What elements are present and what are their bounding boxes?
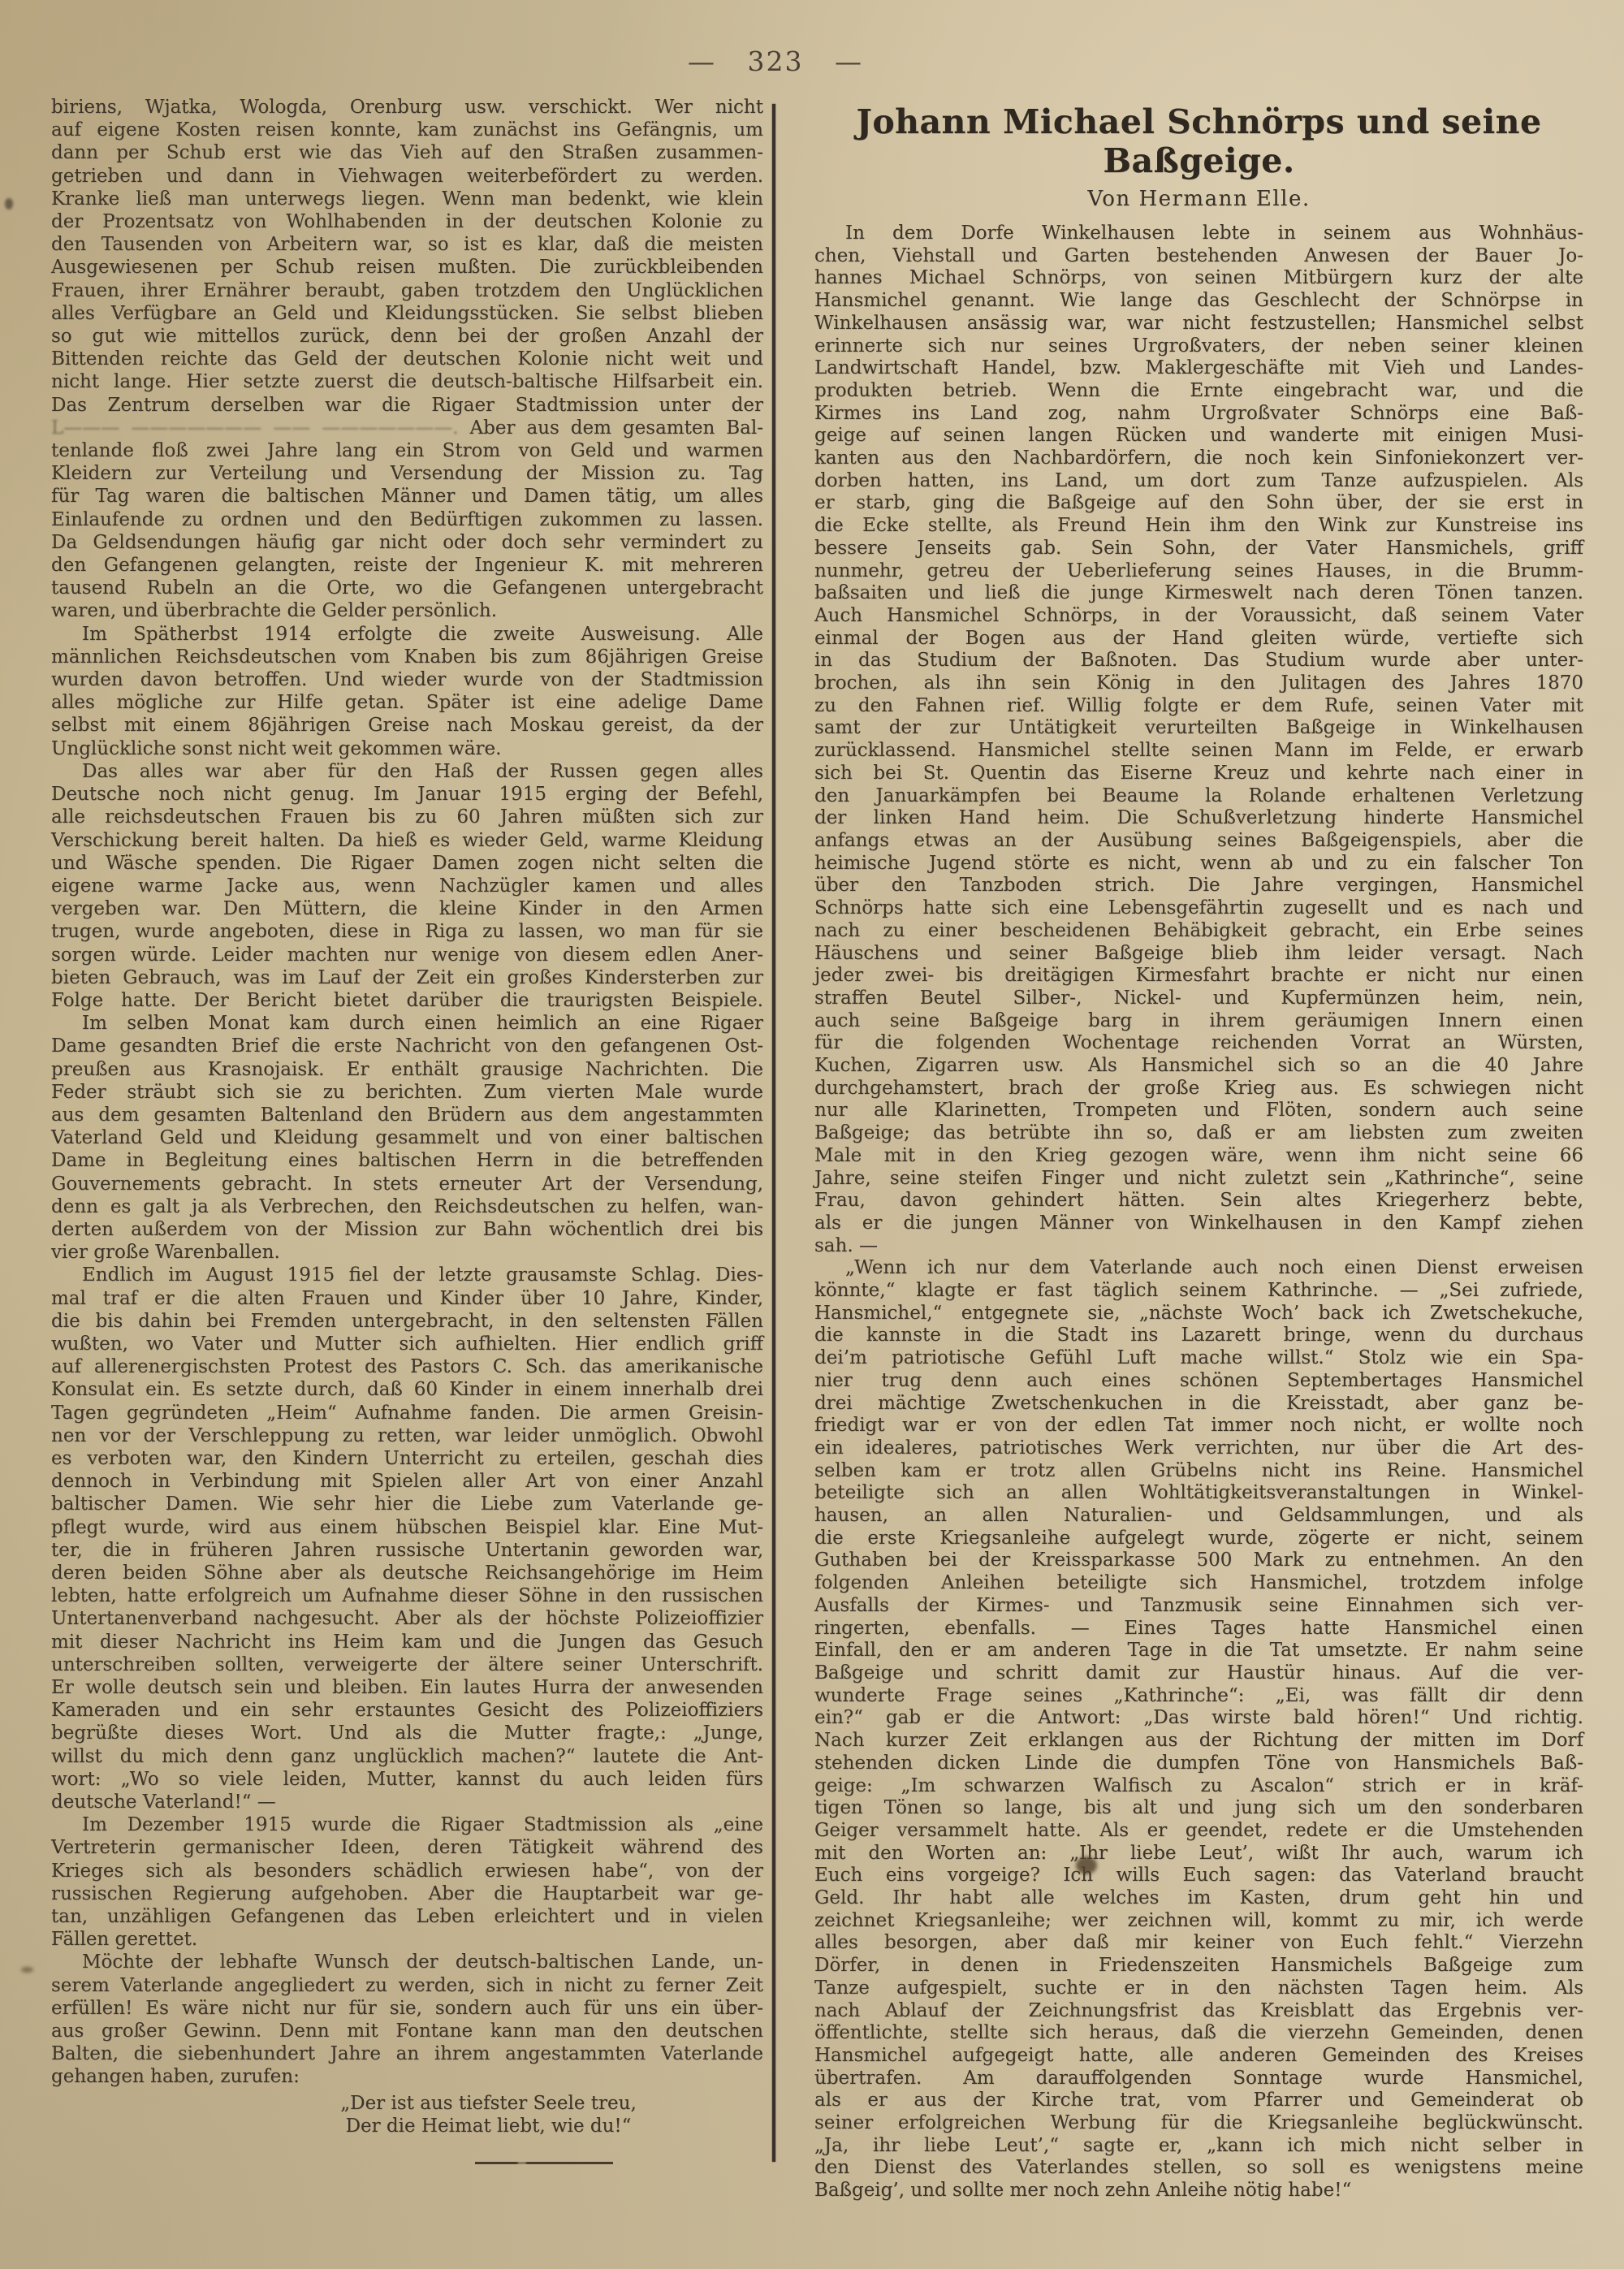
text-line: serem Vaterlande angegliedert zu werden,… (51, 1974, 763, 1997)
text-line: sorgen würde. Leider machten nur wenige … (51, 944, 763, 966)
text-line: denn es galt ja als Verbrechen, den Reic… (51, 1195, 763, 1218)
text-line: Frauen, ihrer Ernährer beraubt, gaben tr… (51, 279, 763, 302)
text-line: waren, und überbrachte die Gelder persön… (51, 599, 763, 622)
text-line: aus dem gesamten Baltenland den Brüdern … (51, 1104, 763, 1126)
right-column: Johann Michael Schnörps und seine Baßgei… (814, 102, 1583, 2202)
text-line: Geld. Ihr habt alle welches im Kasten, d… (814, 1887, 1583, 1910)
text-line: Im selben Monat kam durch einen heimlich… (51, 1012, 763, 1035)
text-line: gehangen haben, zurufen: (51, 2065, 763, 2088)
text-line: alles mögliche zur Hilfe getan. Später i… (51, 691, 763, 714)
text-line: Hansmichel aufgegeigt hatte, alle andere… (814, 2045, 1583, 2068)
text-line: er starb, ging die Baßgeige auf den Sohn… (814, 492, 1583, 515)
text-line: Möchte der lebhafte Wunsch der deutsch-b… (51, 1951, 763, 1973)
text-line: Auch Hansmichel Schnörps, in der Vorauss… (814, 605, 1583, 628)
ink-blot (1076, 1856, 1097, 1874)
text-line: selbst mit einem 86jährigen Greise nach … (51, 714, 763, 737)
text-line: Ausgewiesenen per Schub reisen mußten. D… (51, 256, 763, 279)
text-line: könnte,“ klagte er fast täglich seinem K… (814, 1280, 1583, 1303)
text-line: drei mächtige Zwetschenkuchen in die Kre… (814, 1393, 1583, 1415)
text-line: hannes Michael Schnörps, von seinen Mitb… (814, 267, 1583, 290)
text-line: der Prozentsatz von Wohlhabenden in der … (51, 210, 763, 233)
left-column: biriens, Wjatka, Wologda, Orenburg usw. … (51, 96, 763, 2137)
text-line: selben kam er trotz allen Grübelns nicht… (814, 1460, 1583, 1483)
text-line: Hansmichel genannt. Wie lange das Geschl… (814, 290, 1583, 313)
text-line: den Tausenden von Arbeitern war, so ist … (51, 233, 763, 256)
text-line: als er die jungen Männer von Winkelhause… (814, 1212, 1583, 1235)
text-line: ringerten, ebenfalls. — Eines Tages hatt… (814, 1618, 1583, 1640)
text-line: deutsche Vaterland!“ — (51, 1791, 763, 1813)
text-line: ein?“ gab er die Antwort: „Das wirste ba… (814, 1707, 1583, 1730)
text-line: Guthaben bei der Kreissparkasse 500 Mark… (814, 1549, 1583, 1572)
text-line: zu den Fahnen rief. Willig folgte er dem… (814, 695, 1583, 718)
end-rule (475, 2162, 613, 2164)
article-byline: Von Hermann Elle. (814, 187, 1583, 211)
text-line: die Ecke stellte, als Freund Hein ihm de… (814, 515, 1583, 538)
text-line: preußen aus Krasnojaisk. Er enthält grau… (51, 1058, 763, 1081)
text-line: stehenden dicken Linde die dumpfen Töne … (814, 1753, 1583, 1775)
text-line: die bis dahin bei Fremden untergebracht,… (51, 1310, 763, 1333)
verse-line: „Der ist aus tiefster Seele treu, (214, 2092, 763, 2115)
text-line: ein idealeres, patriotisches Werk verric… (814, 1437, 1583, 1460)
text-line: mit den Worten an: „Ihr liebe Leut’, wiß… (814, 1843, 1583, 1865)
text-line: nach zu einer bescheidenen Behäbigkeit g… (814, 920, 1583, 943)
text-line: brochen, als ihn sein König in den Julit… (814, 672, 1583, 695)
text-line: den Dienst des Vaterlandes stellen, so s… (814, 2157, 1583, 2180)
text-line: als er aus der Kirche trat, vom Pfarrer … (814, 2090, 1583, 2112)
text-line: Jahre, seine steifen Finger und nicht zu… (814, 1168, 1583, 1191)
text-line: seiner erfolgreichen Werbung für die Kri… (814, 2112, 1583, 2135)
text-line: deren beiden Söhne aber als deutsche Rei… (51, 1562, 763, 1584)
text-line: wußten, wo Vater und Mutter sich aufhiel… (51, 1333, 763, 1355)
text-line: friedigt war er von der edlen Tat immer … (814, 1415, 1583, 1437)
text-line: Landwirtschaft Handel, bzw. Maklergeschä… (814, 357, 1583, 380)
text-line: Male mit in den Krieg gezogen wäre, wenn… (814, 1145, 1583, 1168)
text-line: auch seine Baßgeige barg in ihrem geräum… (814, 1010, 1583, 1033)
text-line: den Januarkämpfen bei Beaume la Rolande … (814, 785, 1583, 808)
text-line: Tagen gegründeten „Heim“ Aufnahme fanden… (51, 1402, 763, 1424)
text-line: ter, die in früheren Jahren russische Un… (51, 1539, 763, 1562)
text-line: „Ja, ihr liebe Leut’,“ sagte er, „kann i… (814, 2135, 1583, 2158)
text-line: begrüßte dieses Wort. Und als die Mutter… (51, 1722, 763, 1744)
text-line: Da Geldsendungen häufig gar nicht oder d… (51, 531, 763, 554)
text-line: wunderte Frage seines „Kathrinche“: „Ei,… (814, 1685, 1583, 1708)
text-line: Das Zentrum derselben war die Rigaer Sta… (51, 394, 763, 417)
text-line: mit dieser Nachricht ins Heim kam und di… (51, 1631, 763, 1653)
text-line: dei’m patriotische Gefühl Luft mache wil… (814, 1347, 1583, 1370)
text-line: In dem Dorfe Winkelhausen lebte in seine… (814, 223, 1583, 245)
text-line: Kirmes ins Land zog, nahm Urgroßvater Sc… (814, 403, 1583, 426)
text-line: wort: „Wo so viele leiden, Mutter, kanns… (51, 1768, 763, 1791)
ink-speck (21, 1967, 33, 1973)
text-line: dorben hatten, ins Land, um dort zum Tan… (814, 470, 1583, 493)
text-line: unterschreiben sollten, verweigerte der … (51, 1653, 763, 1676)
text-line: übertrafen. Am darauffolgenden Sonntage … (814, 2068, 1583, 2090)
text-line: Er wolle deutsch sein und bleiben. Ein l… (51, 1676, 763, 1699)
text-line: L——— ——————— —— ———————. Aber aus dem ge… (51, 417, 763, 439)
text-line: Einlaufende zu ordnen und den Bedürftige… (51, 508, 763, 531)
text-line: es verboten war, den Kindern Unterricht … (51, 1447, 763, 1470)
text-line: Konsulat ein. Es setzte durch, daß 60 Ki… (51, 1378, 763, 1401)
text-line: Euch eins vorgeige? Ich wills Euch sagen… (814, 1865, 1583, 1887)
text-line: Deutsche noch nicht genug. Im Januar 191… (51, 783, 763, 806)
text-line: anfangs etwas an der Ausübung seines Baß… (814, 830, 1583, 853)
text-line: Gouvernements gebracht. In stets erneute… (51, 1173, 763, 1195)
text-line: nur alle Klarinetten, Trompeten und Flöt… (814, 1100, 1583, 1122)
text-line: Krieges sich als besonders schädlich erw… (51, 1860, 763, 1882)
text-line: sah. — (814, 1235, 1583, 1258)
text-line: Balten, die siebenhundert Jahre an ihrem… (51, 2042, 763, 2065)
text-line: für die folgenden Wochentage reichenden … (814, 1032, 1583, 1055)
verse-line: Der die Heimat liebt, wie du!“ (214, 2115, 763, 2137)
text-line: Dörfer, in denen in Friedenszeiten Hansm… (814, 1955, 1583, 1977)
text-line: auf eigene Kosten reisen konnte, kam zun… (51, 119, 763, 141)
text-line: nach Ablauf der Zeichnungsfrist das Krei… (814, 2000, 1583, 2023)
text-line: nier trug denn auch eines schönen Septem… (814, 1370, 1583, 1393)
text-line: mal traf er die alten Frauen und Kinder … (51, 1287, 763, 1310)
text-line: der linken Hand heim. Die Schußverletzun… (814, 807, 1583, 830)
text-line: Endlich im August 1915 fiel der letzte g… (51, 1264, 763, 1286)
text-line: heimische Jugend störte es nicht, wenn a… (814, 853, 1583, 875)
text-line: vergeben war. Den Müttern, die kleine Ki… (51, 897, 763, 920)
text-line: kanten aus den Nachbardörfern, die noch … (814, 447, 1583, 470)
text-line: chen, Viehstall und Garten bestehenden A… (814, 245, 1583, 268)
text-line: Einfall, den er am anderen Tage in die T… (814, 1640, 1583, 1662)
text-line: Fällen gerettet. (51, 1928, 763, 1951)
text-line: Häuschens und seiner Baßgeige blieb ihm … (814, 943, 1583, 966)
text-line: baßsaiten und ließ die junge Kirmeswelt … (814, 582, 1583, 605)
text-line: Hansmichel,“ entgegnete sie, „nächste Wo… (814, 1303, 1583, 1325)
text-line: Dame gesandten Brief die erste Nachricht… (51, 1035, 763, 1057)
text-line: Folge hatte. Der Bericht bietet darüber … (51, 989, 763, 1012)
text-line: so gut wie mittellos zurück, denn bei de… (51, 325, 763, 348)
text-line: einmal der Bogen aus der Hand gleiten wü… (814, 628, 1583, 650)
text-line: durchgehamstert, brach der große Krieg a… (814, 1078, 1583, 1100)
text-line: alle reichsdeutschen Frauen bis zu 60 Ja… (51, 806, 763, 828)
text-line: nen vor der Verschleppung zu retten, war… (51, 1424, 763, 1447)
text-line: trugen, wurde angeboten, diese in Riga z… (51, 920, 763, 943)
text-line: dennoch in Verbindung mit Spielen aller … (51, 1470, 763, 1493)
text-line: in das Studium der Baßnoten. Das Studium… (814, 650, 1583, 672)
text-line: hausen, an allen Naturalien- und Geldsam… (814, 1505, 1583, 1528)
text-line: Baßgeig’, und sollte mer noch zehn Anlei… (814, 2180, 1583, 2202)
text-line: Dame in Begleitung eines baltischen Herr… (51, 1149, 763, 1172)
text-line: Geiger versammelt hatte. Als er geendet,… (814, 1820, 1583, 1843)
text-line: geige: „Im schwarzen Walfisch zu Ascalon… (814, 1775, 1583, 1798)
text-line: Kuchen, Zigarren usw. Als Hansmichel sic… (814, 1055, 1583, 1078)
text-line: Frau, davon gehindert hätten. Sein altes… (814, 1190, 1583, 1212)
text-line: pflegt wurde, wird aus einem hübschen Be… (51, 1516, 763, 1539)
text-line: Schnörps hatte sich eine Lebensgefährtin… (814, 897, 1583, 920)
text-line: Verschickung bereit halten. Da hieß es w… (51, 829, 763, 852)
text-line: getrieben und dann in Viehwagen weiterbe… (51, 165, 763, 188)
text-line: nicht lange. Hier setzte zuerst die deut… (51, 370, 763, 393)
text-line: Im Spätherbst 1914 erfolgte die zweite A… (51, 623, 763, 646)
text-line: die kannste in die Stadt ins Lazarett br… (814, 1325, 1583, 1347)
text-line: zeichnet Kriegsanleihe; wer zeichnen wil… (814, 1910, 1583, 1933)
text-line: den Gefangenen gelangten, reiste der Ing… (51, 554, 763, 577)
text-line: Bittenden reichte das Geld der deutschen… (51, 348, 763, 370)
text-line: willst du mich denn ganz unglücklich mac… (51, 1745, 763, 1768)
text-line: dann per Schub erst wie das Vieh auf den… (51, 141, 763, 164)
text-line: die erste Kriegsanleihe aufgelegt wurde,… (814, 1528, 1583, 1550)
text-line: Feder sträubt sich sie zu berichten. Zum… (51, 1081, 763, 1104)
text-line: straffen Beutel Silber-, Nickel- und Kup… (814, 988, 1583, 1010)
text-line: Vaterland Geld und Kleidung gesammelt un… (51, 1126, 763, 1149)
text-line: tenlande floß zwei Jahre lang ein Strom … (51, 439, 763, 462)
text-line: folgenden Anleihen beteiligte sich Hansm… (814, 1572, 1583, 1595)
text-line: baltischer Damen. Wie sehr hier die Lieb… (51, 1493, 763, 1515)
text-line: wurden davon betroffen. Und wieder wurde… (51, 668, 763, 691)
text-line: eigene warme Jacke aus, wenn Nachzügler … (51, 875, 763, 897)
text-line: sich bei St. Quentin das Eiserne Kreuz u… (814, 763, 1583, 785)
text-line: Das alles war aber für den Haß der Russe… (51, 760, 763, 783)
text-line: männlichen Reichsdeutschen vom Knaben bi… (51, 646, 763, 668)
text-line: tausend Rubeln an die Orte, wo die Gefan… (51, 577, 763, 599)
verse-block: „Der ist aus tiefster Seele treu,Der die… (51, 2092, 763, 2137)
text-line: Untertanenverband nachgesucht. Aber als … (51, 1607, 763, 1630)
text-line: auf allerenergischsten Protest des Pasto… (51, 1355, 763, 1378)
ink-speck (5, 198, 13, 210)
text-line: Unglückliche sonst nicht weit gekommen w… (51, 737, 763, 760)
text-line: Kameraden und ein sehr erstauntes Gesich… (51, 1699, 763, 1722)
text-line: zurücklassend. Hansmichel stellte seinen… (814, 740, 1583, 763)
text-line: bessere Jenseits gab. Sein Sohn, der Vat… (814, 538, 1583, 560)
text-line: produkten betrieb. Wenn die Ernte eingeb… (814, 380, 1583, 403)
text-line: Baßgeige; das betrübte ihn so, daß er am… (814, 1122, 1583, 1145)
page-number: — 323 — (654, 47, 897, 76)
text-line: tigen Tönen so lange, bis alt und jung s… (814, 1797, 1583, 1820)
text-line: biriens, Wjatka, Wologda, Orenburg usw. … (51, 96, 763, 119)
text-line: Vertreterin germanischer Ideen, deren Tä… (51, 1836, 763, 1859)
text-line: samt der zur Untätigkeit verurteilten Ba… (814, 717, 1583, 740)
text-line: jeder zwei- bis dreitägigen Kirmesfahrt … (814, 965, 1583, 988)
column-divider (772, 104, 775, 2162)
text-line: geige auf seinen langen Rücken und wande… (814, 425, 1583, 447)
text-line: tan, unzähligen Gefangenen das Leben erl… (51, 1905, 763, 1928)
illegible-text: L——— ——————— —— ———————. (51, 417, 470, 439)
text-line: erinnerte sich nur seines Urgroßvaters, … (814, 335, 1583, 358)
text-line: bieten Gebrauch, was im Lauf der Zeit ei… (51, 966, 763, 989)
text-line: erfüllen! Es wäre nicht nur für sie, son… (51, 1997, 763, 2020)
text-line: Kranke ließ man unterwegs liegen. Wenn m… (51, 188, 763, 210)
right-column-text: In dem Dorfe Winkelhausen lebte in seine… (814, 223, 1583, 2202)
text-line: über den Tanzboden strich. Die Jahre ver… (814, 875, 1583, 897)
article-title: Johann Michael Schnörps und seine Baßgei… (814, 102, 1583, 180)
text-line: vier große Warenballen. (51, 1241, 763, 1264)
text-line: derten außerdem von der Mission zur Bahn… (51, 1218, 763, 1241)
text-line: Ausfalls der Kirmes- und Tanzmusik seine… (814, 1595, 1583, 1618)
text-line: „Wenn ich nur dem Vaterlande auch noch e… (814, 1257, 1583, 1280)
text-line: Im Dezember 1915 wurde die Rigaer Stadtm… (51, 1813, 763, 1836)
text-line: lebten, hatte erfolgreich um Aufnahme di… (51, 1584, 763, 1607)
text-line: Winkelhausen ansässig war, war nicht fes… (814, 313, 1583, 335)
text-line: alles Verfügbare an Geld und Kleidungsst… (51, 302, 763, 325)
text-line: für Tag waren die baltischen Männer und … (51, 485, 763, 508)
text-line: nunmehr, getreu der Ueberlieferung seine… (814, 560, 1583, 583)
text-line: Baßgeige und schritt damit zur Haustür h… (814, 1662, 1583, 1685)
text-line: Nach kurzer Zeit erklangen aus der Richt… (814, 1730, 1583, 1753)
text-line: öffentlichte, stellte sich heraus, daß d… (814, 2022, 1583, 2045)
text-line: alles besorgen, aber daß mir keiner von … (814, 1932, 1583, 1955)
text-line: aus großer Gewinn. Denn mit Fontane kann… (51, 2020, 763, 2042)
text-line: russischen Regierung aufgehoben. Aber di… (51, 1882, 763, 1905)
text-line: Kleidern zur Verteilung und Versendung d… (51, 462, 763, 485)
text-line: Tanze aufgespielt, suchte er in den näch… (814, 1977, 1583, 2000)
text-line: beteiligte sich an allen Wohltätigkeitsv… (814, 1482, 1583, 1505)
text-line: und Wäsche spenden. Die Rigaer Damen zog… (51, 852, 763, 875)
